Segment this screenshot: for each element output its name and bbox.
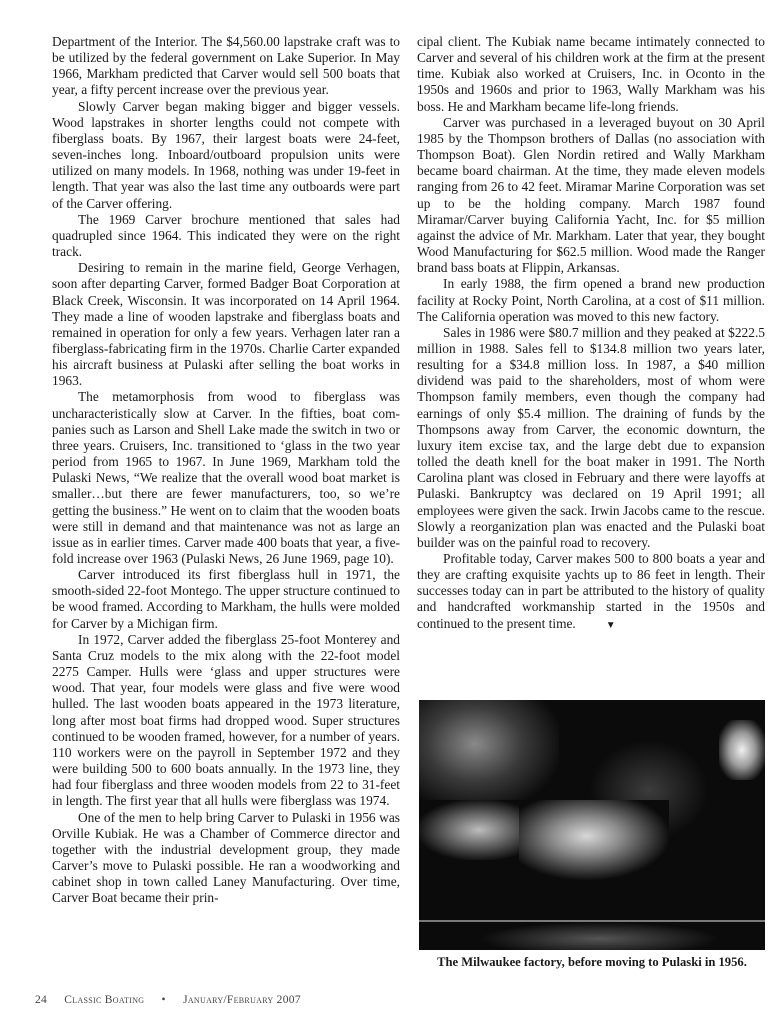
- photo-region-window: [719, 720, 765, 780]
- magazine-name: Classic Boating: [64, 994, 144, 1006]
- paragraph: In early 1988, the firm opened a brand n…: [417, 276, 765, 324]
- photo-region-boat: [519, 800, 669, 880]
- paragraph: Desiring to remain in the marine field, …: [52, 260, 400, 389]
- factory-photo: [419, 700, 765, 950]
- issue-date: January/February 2007: [183, 994, 301, 1006]
- page-number: 24: [35, 994, 47, 1006]
- photo-region: [419, 700, 559, 810]
- paragraph: The metamorphosis from wood to fiberglas…: [52, 389, 400, 567]
- paragraph: cipal client. The Kubiak name became int…: [417, 34, 765, 115]
- paragraph: Carver was purchased in a leveraged buyo…: [417, 115, 765, 277]
- paragraph: The 1969 Carver brochure mentioned that …: [52, 212, 400, 260]
- photo-region-floor: [479, 922, 719, 950]
- paragraph: One of the men to help bring Carver to P…: [52, 810, 400, 907]
- footer-separator: •: [162, 994, 166, 1006]
- paragraph-last: Profitable today, Carver makes 500 to 80…: [417, 551, 765, 634]
- article-left-column: Department of the Interior. The $4,560.0…: [52, 34, 400, 906]
- photo-caption: The Milwaukee factory, before moving to …: [419, 955, 765, 970]
- paragraph: Carver introduced its first fiberglass h…: [52, 567, 400, 632]
- paragraph: Department of the Interior. The $4,560.0…: [52, 34, 400, 99]
- paragraph: In 1972, Carver added the fiberglass 25-…: [52, 632, 400, 810]
- article-right-column: cipal client. The Kubiak name became int…: [417, 34, 765, 634]
- paragraph: Slowly Carver began making bigger and bi…: [52, 99, 400, 212]
- page-footer: 24 Classic Boating • January/February 20…: [35, 994, 315, 1006]
- end-mark-icon: ▼: [580, 618, 616, 634]
- paragraph: Sales in 1986 were $80.7 million and the…: [417, 325, 765, 551]
